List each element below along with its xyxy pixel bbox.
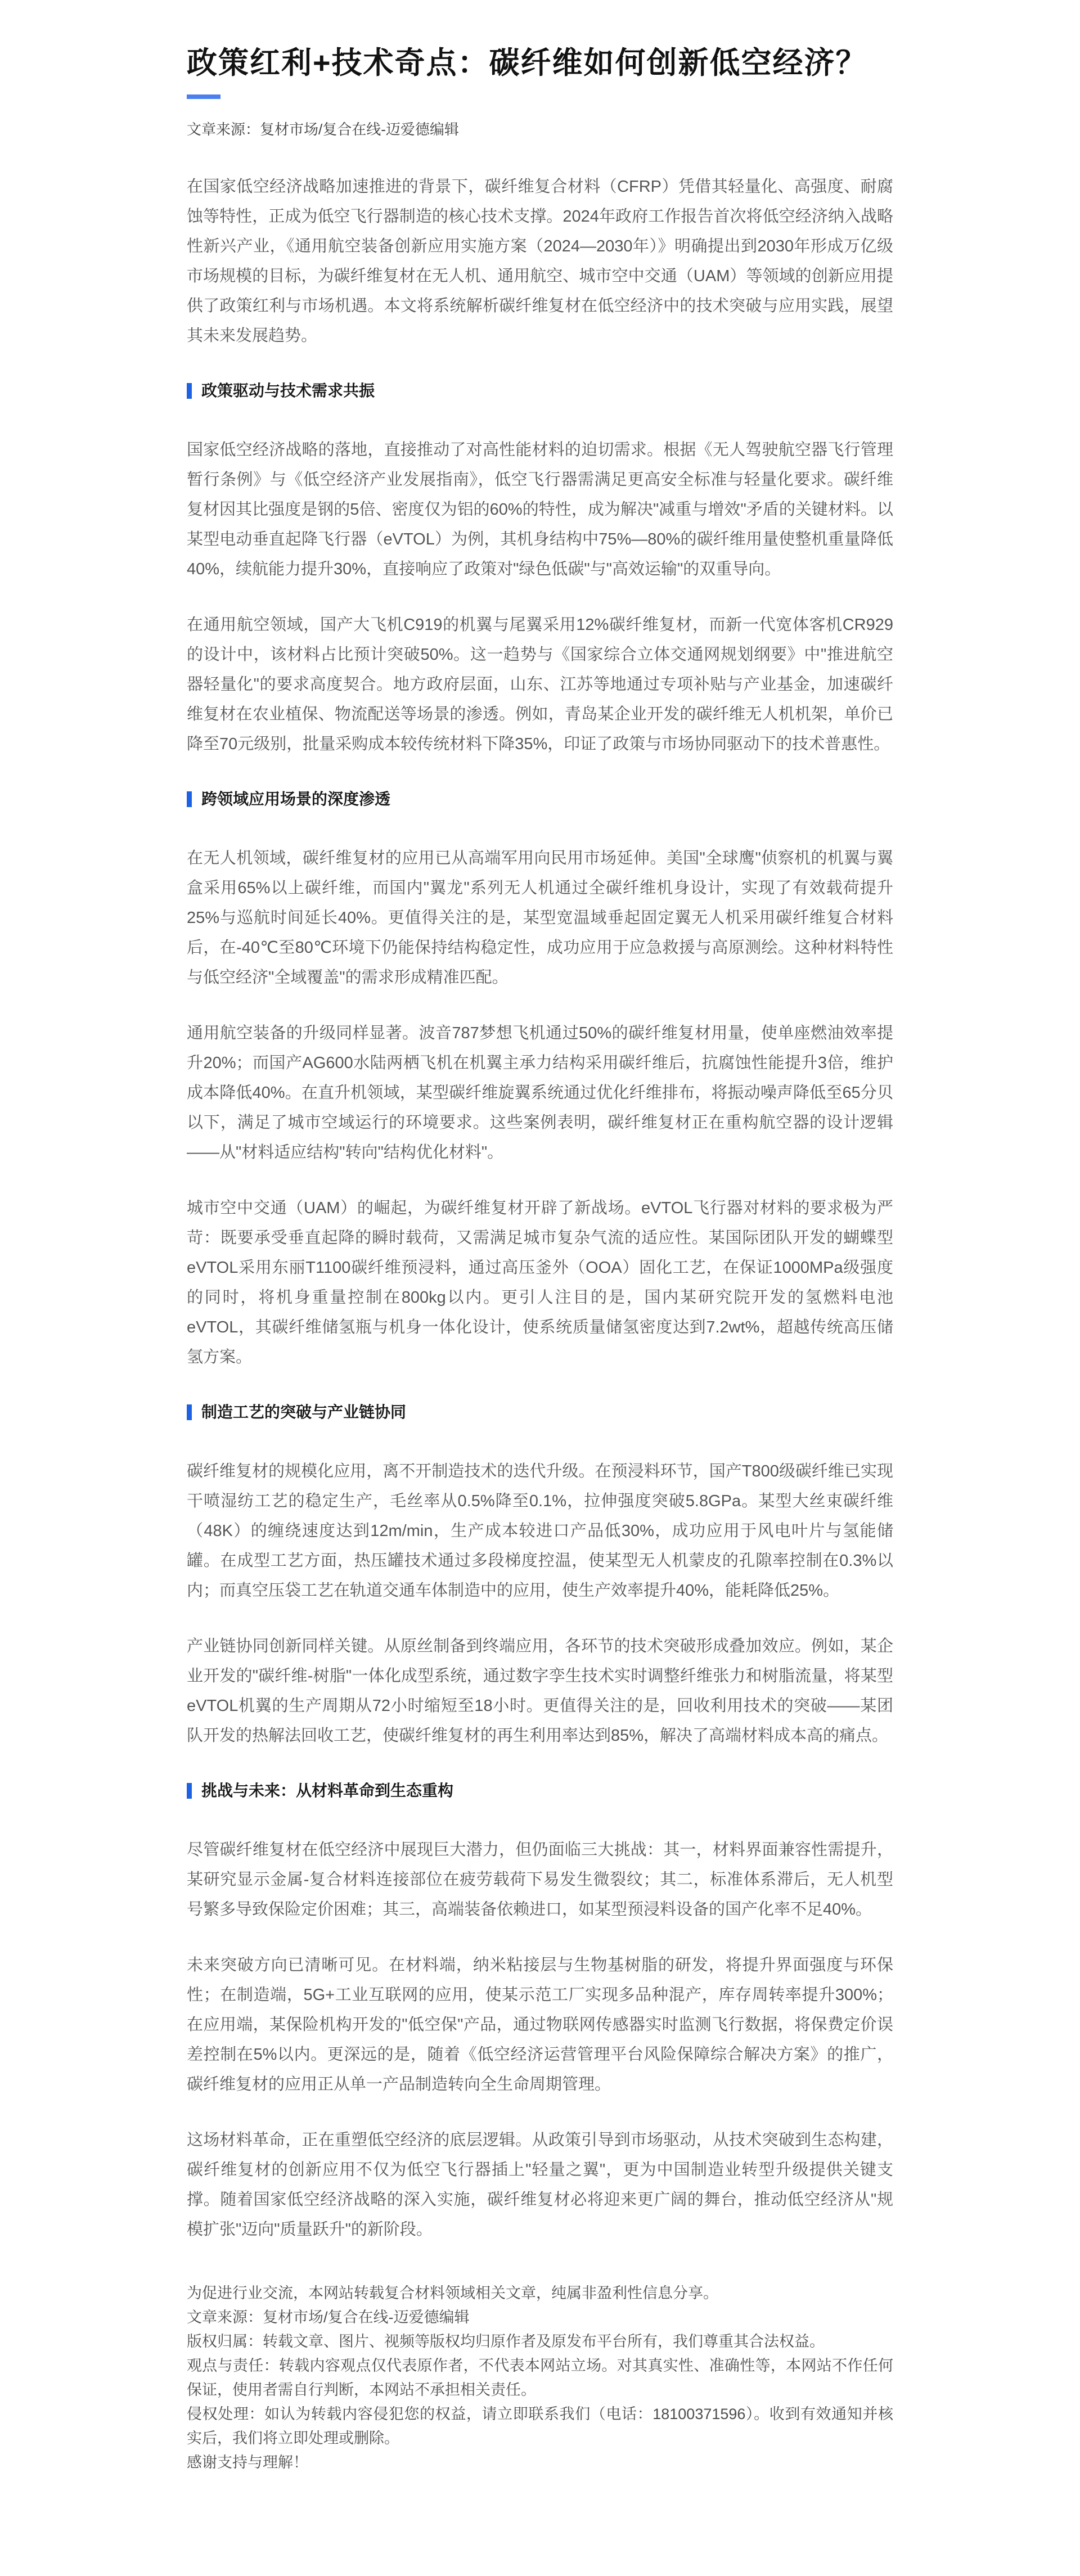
section-marker-bar	[187, 383, 192, 399]
section-heading: 挑战与未来：从材料革命到生态重构	[187, 1781, 893, 1800]
body-paragraph: 国家低空经济战略的落地，直接推动了对高性能材料的迫切需求。根据《无人驾驶航空器飞…	[187, 435, 893, 584]
section-heading: 跨领域应用场景的深度渗透	[187, 790, 893, 809]
article-section-future: 挑战与未来：从材料革命到生态重构 尽管碳纤维复材在低空经济中展现巨大潜力，但仍面…	[187, 1781, 893, 2245]
article-section-policy: 政策驱动与技术需求共振 国家低空经济战略的落地，直接推动了对高性能材料的迫切需求…	[187, 381, 893, 759]
footer-disclaimer: 为促进行业交流，本网站转载复合材料领域相关文章，纯属非盈利性信息分享。 文章来源…	[187, 2281, 893, 2576]
body-paragraph: 在通用航空领域，国产大飞机C919的机翼与尾翼采用12%碳纤维复材，而新一代宽体…	[187, 610, 893, 759]
body-paragraph: 这场材料革命，正在重塑低空经济的底层逻辑。从政策引导到市场驱动，从技术突破到生态…	[187, 2125, 893, 2245]
section-heading: 政策驱动与技术需求共振	[187, 381, 893, 400]
article-section-manufacturing: 制造工艺的突破与产业链协同 碳纤维复材的规模化应用，离不开制造技术的迭代升级。在…	[187, 1403, 893, 1751]
section-heading-text: 政策驱动与技术需求共振	[201, 381, 375, 400]
title-divider-bar	[187, 94, 220, 99]
section-marker-bar	[187, 791, 192, 807]
section-marker-bar	[187, 1404, 192, 1420]
intro-paragraph: 在国家低空经济战略加速推进的背景下，碳纤维复合材料（CFRP）凭借其轻量化、高强…	[187, 172, 893, 351]
body-paragraph: 产业链协同创新同样关键。从原丝制备到终端应用，各环节的技术突破形成叠加效应。例如…	[187, 1632, 893, 1751]
article-source: 文章来源：复材市场/复合在线-迈爱德编辑	[187, 119, 893, 139]
body-paragraph: 通用航空装备的升级同样显著。波音787梦想飞机通过50%的碳纤维复材用量，使单座…	[187, 1019, 893, 1168]
section-heading-text: 挑战与未来：从材料革命到生态重构	[201, 1781, 453, 1800]
section-heading-text: 制造工艺的突破与产业链协同	[201, 1403, 406, 1422]
footer-line: 观点与责任：转载内容观点仅代表原作者，不代表本网站立场。对其真实性、准确性等，本…	[187, 2354, 893, 2402]
section-heading: 制造工艺的突破与产业链协同	[187, 1403, 893, 1422]
section-marker-bar	[187, 1783, 192, 1799]
article-page: 政策红利+技术奇点：碳纤维如何创新低空经济？ 文章来源：复材市场/复合在线-迈爱…	[187, 0, 893, 2576]
body-paragraph: 未来突破方向已清晰可见。在材料端，纳米粘接层与生物基树脂的研发，将提升界面强度与…	[187, 1951, 893, 2100]
footer-line: 为促进行业交流，本网站转载复合材料领域相关文章，纯属非盈利性信息分享。	[187, 2281, 893, 2305]
body-paragraph: 尽管碳纤维复材在低空经济中展现巨大潜力，但仍面临三大挑战：其一，材料界面兼容性需…	[187, 1835, 893, 1925]
section-heading-text: 跨领域应用场景的深度渗透	[201, 790, 390, 809]
page-title: 政策红利+技术奇点：碳纤维如何创新低空经济？	[187, 44, 893, 82]
article-section-applications: 跨领域应用场景的深度渗透 在无人机领域，碳纤维复材的应用已从高端军用向民用市场延…	[187, 790, 893, 1372]
body-paragraph: 城市空中交通（UAM）的崛起，为碳纤维复材开辟了新战场。eVTOL飞行器对材料的…	[187, 1194, 893, 1372]
footer-line: 文章来源：复材市场/复合在线-迈爱德编辑	[187, 2305, 893, 2330]
footer-line: 版权归属：转载文章、图片、视频等版权均归原作者及原发布平台所有，我们尊重其合法权…	[187, 2330, 893, 2354]
body-paragraph: 在无人机领域，碳纤维复材的应用已从高端军用向民用市场延伸。美国"全球鹰"侦察机的…	[187, 844, 893, 993]
footer-line: 侵权处理：如认为转载内容侵犯您的权益，请立即联系我们（电话：1810037159…	[187, 2402, 893, 2451]
footer-line: 感谢支持与理解！	[187, 2451, 893, 2475]
body-paragraph: 碳纤维复材的规模化应用，离不开制造技术的迭代升级。在预浸料环节，国产T800级碳…	[187, 1457, 893, 1606]
